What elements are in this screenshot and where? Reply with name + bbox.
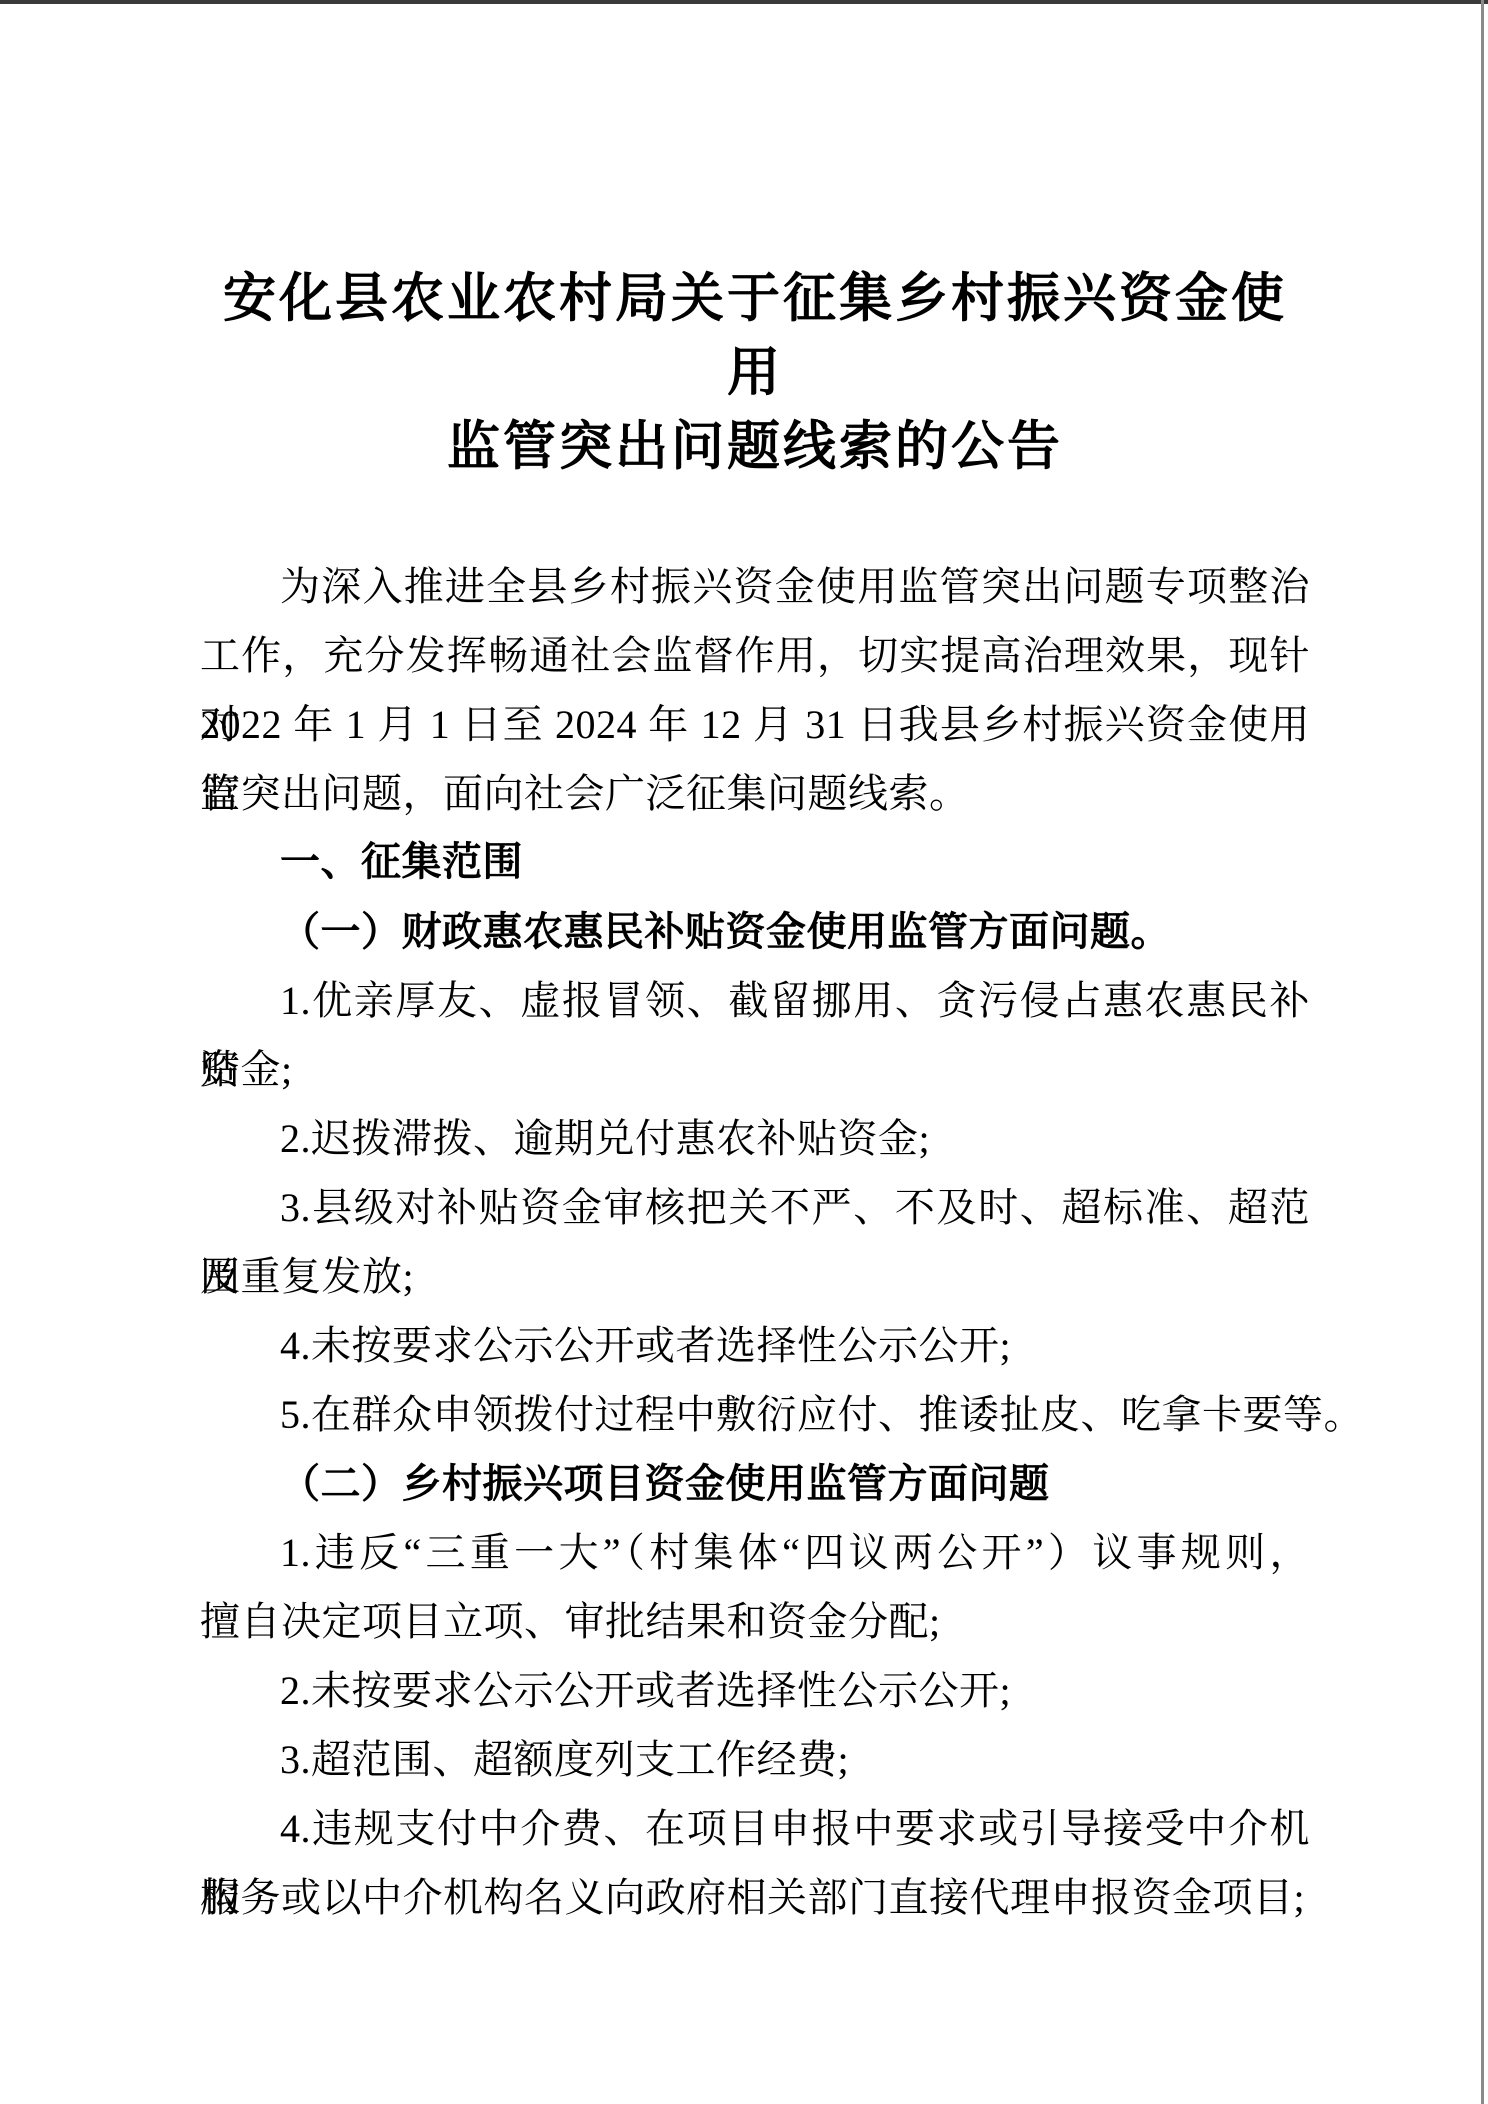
title-line: 安化县农业农村局关于征集乡村振兴资金使用: [200, 262, 1310, 410]
document-line: 2022 年 1 月 1 日至 2024 年 12 月 31 日我县乡村振兴资金…: [200, 690, 1310, 759]
paragraph: 4.违规支付中介费、在项目申报中要求或引导接受中介机构服务或以中介机构名义向政府…: [200, 1794, 1310, 1932]
document-line: 1.优亲厚友、虚报冒领、截留挪用、贪污侵占惠农惠民补贴: [200, 966, 1310, 1035]
document-page: 安化县农业农村局关于征集乡村振兴资金使用监管突出问题线索的公告 为深入推进全县乡…: [0, 0, 1488, 2104]
document-line: 3.县级对补贴资金审核把关不严、不及时、超标准、超范围: [200, 1173, 1310, 1242]
document-line: 服务或以中介机构名义向政府相关部门直接代理申报资金项目;: [200, 1863, 1310, 1932]
paragraph: 为深入推进全县乡村振兴资金使用监管突出问题专项整治工作，充分发挥畅通社会监督作用…: [200, 552, 1310, 828]
document-line: 1.违反“三重一大”（村集体“四议两公开”）议事规则，: [200, 1518, 1310, 1587]
document-title: 安化县农业农村局关于征集乡村振兴资金使用监管突出问题线索的公告: [200, 262, 1310, 484]
paragraph: （一）财政惠农惠民补贴资金使用监管方面问题。: [200, 897, 1310, 966]
document-line: 管突出问题，面向社会广泛征集问题线索。: [200, 759, 1310, 828]
document-line: 及重复发放;: [200, 1242, 1310, 1311]
paragraph: 2.未按要求公示公开或者选择性公示公开;: [200, 1656, 1310, 1725]
paragraph: 5.在群众申领拨付过程中敷衍应付、推诿扯皮、吃拿卡要等。: [200, 1380, 1310, 1449]
paragraph: 2.迟拨滞拨、逾期兑付惠农补贴资金;: [200, 1104, 1310, 1173]
page-right-edge: [1481, 0, 1484, 2104]
document-line: （二）乡村振兴项目资金使用监管方面问题: [200, 1449, 1310, 1518]
document-line: 4.违规支付中介费、在项目申报中要求或引导接受中介机构: [200, 1794, 1310, 1863]
paragraph: 1.违反“三重一大”（村集体“四议两公开”）议事规则，擅自决定项目立项、审批结果…: [200, 1518, 1310, 1656]
paragraph: 3.县级对补贴资金审核把关不严、不及时、超标准、超范围及重复发放;: [200, 1173, 1310, 1311]
document-line: 2.迟拨滞拨、逾期兑付惠农补贴资金;: [200, 1104, 1310, 1173]
paragraph: 4.未按要求公示公开或者选择性公示公开;: [200, 1311, 1310, 1380]
document-content: 安化县农业农村局关于征集乡村振兴资金使用监管突出问题线索的公告 为深入推进全县乡…: [200, 0, 1310, 1932]
title-line: 监管突出问题线索的公告: [200, 410, 1310, 484]
document-line: 工作，充分发挥畅通社会监督作用，切实提高治理效果，现针对: [200, 621, 1310, 690]
document-body: 为深入推进全县乡村振兴资金使用监管突出问题专项整治工作，充分发挥畅通社会监督作用…: [200, 552, 1310, 1932]
document-line: 4.未按要求公示公开或者选择性公示公开;: [200, 1311, 1310, 1380]
paragraph: （二）乡村振兴项目资金使用监管方面问题: [200, 1449, 1310, 1518]
document-line: 为深入推进全县乡村振兴资金使用监管突出问题专项整治: [200, 552, 1310, 621]
document-line: 资金;: [200, 1035, 1310, 1104]
paragraph: 3.超范围、超额度列支工作经费;: [200, 1725, 1310, 1794]
paragraph: 一、征集范围: [200, 828, 1310, 897]
document-line: （一）财政惠农惠民补贴资金使用监管方面问题。: [200, 897, 1310, 966]
document-line: 2.未按要求公示公开或者选择性公示公开;: [200, 1656, 1310, 1725]
document-line: 3.超范围、超额度列支工作经费;: [200, 1725, 1310, 1794]
document-line: 擅自决定项目立项、审批结果和资金分配;: [200, 1587, 1310, 1656]
document-line: 一、征集范围: [200, 828, 1310, 897]
paragraph: 1.优亲厚友、虚报冒领、截留挪用、贪污侵占惠农惠民补贴资金;: [200, 966, 1310, 1104]
document-line: 5.在群众申领拨付过程中敷衍应付、推诿扯皮、吃拿卡要等。: [200, 1380, 1310, 1449]
